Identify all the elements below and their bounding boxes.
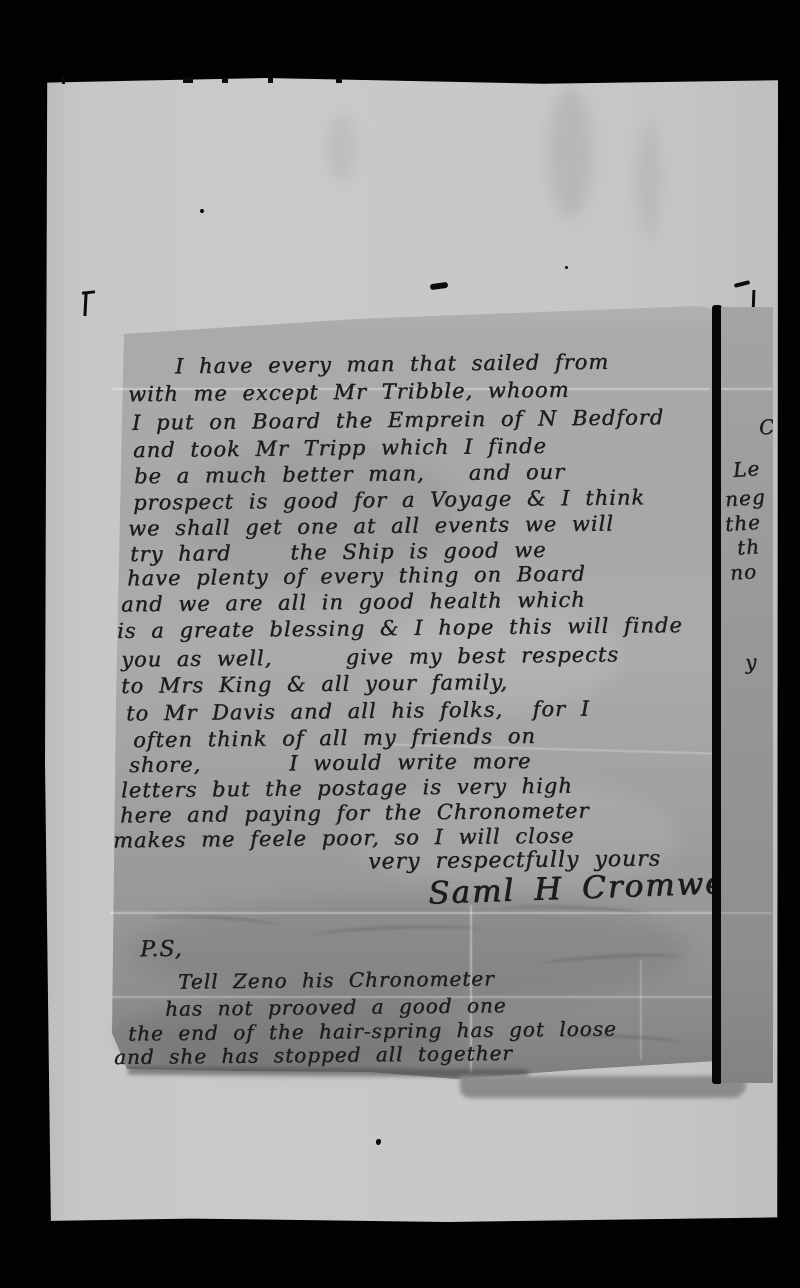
fragment-text: no — [729, 559, 758, 585]
body-line-18: here and paying for the Chronometer — [120, 799, 590, 828]
body-line-2: with me except Mr Tribble, whoom — [128, 378, 570, 407]
fragment-text: Le — [732, 456, 761, 482]
stain — [548, 88, 592, 218]
fragment-text: y — [744, 650, 758, 675]
body-line-5: be a much better man, and our — [134, 460, 565, 489]
body-line-9: have plenty of every thing on Board — [127, 562, 586, 591]
paper-notch — [268, 78, 273, 83]
postscript-line-4: and she has stopped all together — [114, 1041, 513, 1069]
signature: Saml H Cromwell — [428, 870, 750, 905]
body-line-14: to Mr Davis and all his folks, for I — [126, 697, 590, 726]
adjacent-page-strip: C Le neg the th no y — [721, 307, 773, 1083]
body-line-7: we shall get one at all events we will — [128, 511, 614, 540]
paper-notch — [336, 78, 342, 83]
body-line-13: to Mrs King & all your family, — [121, 670, 508, 698]
fragment-text: th — [736, 534, 761, 560]
paper-notch — [222, 78, 228, 83]
body-line-10: and we are all in good health which — [121, 588, 586, 617]
body-line-17: letters but the postage is very high — [121, 774, 573, 803]
paper-notch — [62, 76, 65, 84]
dust-speck — [565, 266, 568, 269]
fragment-text: C — [758, 414, 773, 439]
body-line-16: shore, I would write more — [129, 749, 532, 777]
fragment-text: neg — [724, 485, 766, 512]
body-line-15: often think of all my friends on — [133, 724, 536, 752]
postscript-label: P.S, — [140, 938, 183, 962]
body-line-4: and took Mr Tripp which I finde — [133, 434, 547, 462]
letter-bottom-shadow — [460, 1076, 746, 1098]
postscript-line-2: has not prooved a good one — [165, 993, 507, 1021]
paper-notch — [183, 77, 193, 83]
postscript-line-1: Tell Zeno his Chronometer — [178, 966, 495, 993]
stain — [328, 115, 356, 181]
stain — [636, 120, 662, 240]
body-line-1: I have every man that sailed from — [175, 350, 609, 379]
microfilm-scan: I have every man that sailed from with m… — [0, 0, 800, 1288]
postscript-line-3: the end of the hair-spring has got loose — [128, 1016, 617, 1045]
dust-speck — [200, 209, 204, 213]
crease-line — [721, 912, 773, 914]
fragment-text: the — [724, 510, 761, 536]
crease-line — [721, 388, 773, 390]
